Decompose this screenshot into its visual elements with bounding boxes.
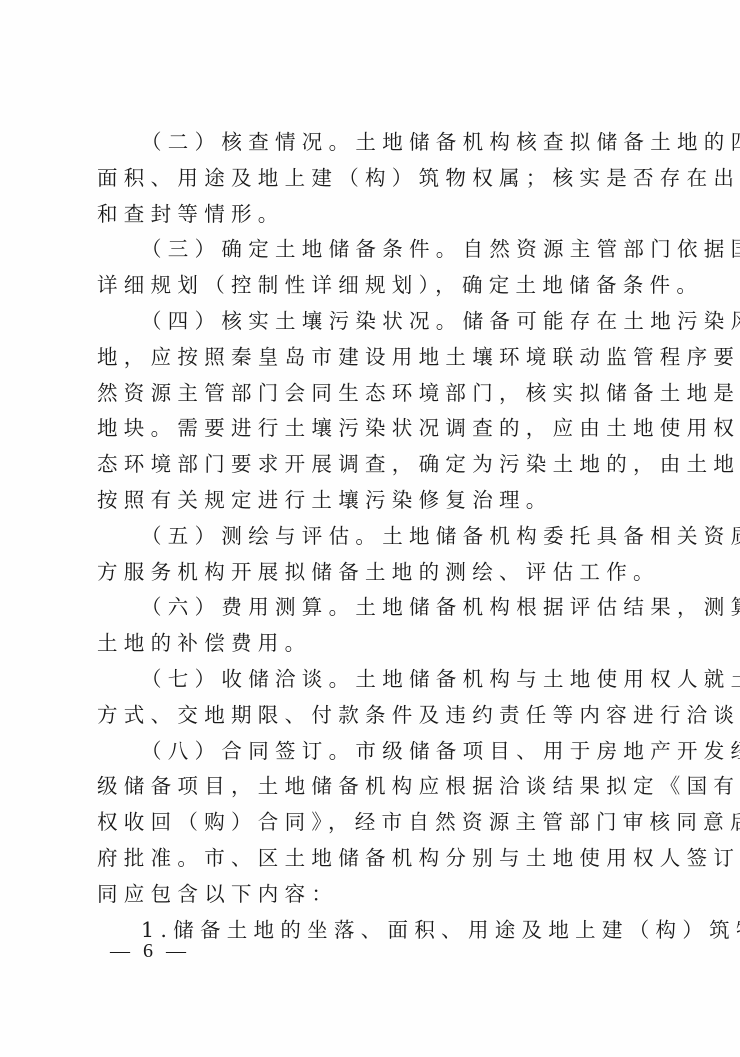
text-line: （五）测绘与评估。土地储备机构委托具备相关资质的第三	[97, 519, 647, 555]
text-line: 级储备项目，土地储备机构应根据洽谈结果拟定《国有土地使用	[97, 769, 647, 805]
document-page: （二）核查情况。土地储备机构核查拟储备土地的四至范围、 面积、用途及地上建（构）…	[0, 0, 740, 1057]
text-line: 同应包含以下内容：	[97, 877, 647, 913]
text-line: 府批准。市、区土地储备机构分别与土地使用权人签订合同。合	[97, 841, 647, 877]
text-line: （八）合同签订。市级储备项目、用于房地产开发经营的区	[97, 734, 647, 770]
paragraph-section-7: （七）收储洽谈。土地储备机构与土地使用权人就土地补偿 方式、交地期限、付款条件及…	[97, 662, 647, 734]
document-body: （二）核查情况。土地储备机构核查拟储备土地的四至范围、 面积、用途及地上建（构）…	[97, 125, 647, 948]
text-line: 方服务机构开展拟储备土地的测绘、评估工作。	[97, 555, 647, 591]
paragraph-section-4: （四）核实土壤污染状况。储备可能存在土地污染风险的土 地，应按照秦皇岛市建设用地…	[97, 304, 647, 519]
text-line: 和查封等情形。	[97, 197, 647, 233]
text-line: 方式、交地期限、付款条件及违约责任等内容进行洽谈。	[97, 698, 647, 734]
text-line: 权收回（购）合同》，经市自然资源主管部门审核同意后报市政	[97, 805, 647, 841]
text-line: （二）核查情况。土地储备机构核查拟储备土地的四至范围、	[97, 125, 647, 161]
text-line: 态环境部门要求开展调查，确定为污染土地的，由土地使用权人	[97, 447, 647, 483]
text-line: （七）收储洽谈。土地储备机构与土地使用权人就土地补偿	[97, 662, 647, 698]
text-line: 面积、用途及地上建（构）筑物权属；核实是否存在出租、抵押	[97, 161, 647, 197]
paragraph-section-6: （六）费用测算。土地储备机构根据评估结果，测算拟储备 土地的补偿费用。	[97, 590, 647, 662]
text-line: 地，应按照秦皇岛市建设用地土壤环境联动监管程序要求，由自	[97, 340, 647, 376]
paragraph-section-2: （二）核查情况。土地储备机构核查拟储备土地的四至范围、 面积、用途及地上建（构）…	[97, 125, 647, 232]
text-line: 按照有关规定进行土壤污染修复治理。	[97, 483, 647, 519]
paragraph-section-5: （五）测绘与评估。土地储备机构委托具备相关资质的第三 方服务机构开展拟储备土地的…	[97, 519, 647, 591]
text-line: （六）费用测算。土地储备机构根据评估结果，测算拟储备	[97, 590, 647, 626]
text-line: 详细规划（控制性详细规划），确定土地储备条件。	[97, 268, 647, 304]
text-line: 地块。需要进行土壤污染状况调查的，应由土地使用权人按照生	[97, 411, 647, 447]
paragraph-section-8: （八）合同签订。市级储备项目、用于房地产开发经营的区 级储备项目，土地储备机构应…	[97, 734, 647, 913]
text-line: （四）核实土壤污染状况。储备可能存在土地污染风险的土	[97, 304, 647, 340]
text-line: 然资源主管部门会同生态环境部门，核实拟储备土地是否为污染	[97, 376, 647, 412]
text-line: （三）确定土地储备条件。自然资源主管部门依据国土空间	[97, 232, 647, 268]
paragraph-section-3: （三）确定土地储备条件。自然资源主管部门依据国土空间 详细规划（控制性详细规划）…	[97, 232, 647, 304]
text-line: 土地的补偿费用。	[97, 626, 647, 662]
page-number: — 6 —	[110, 940, 190, 963]
